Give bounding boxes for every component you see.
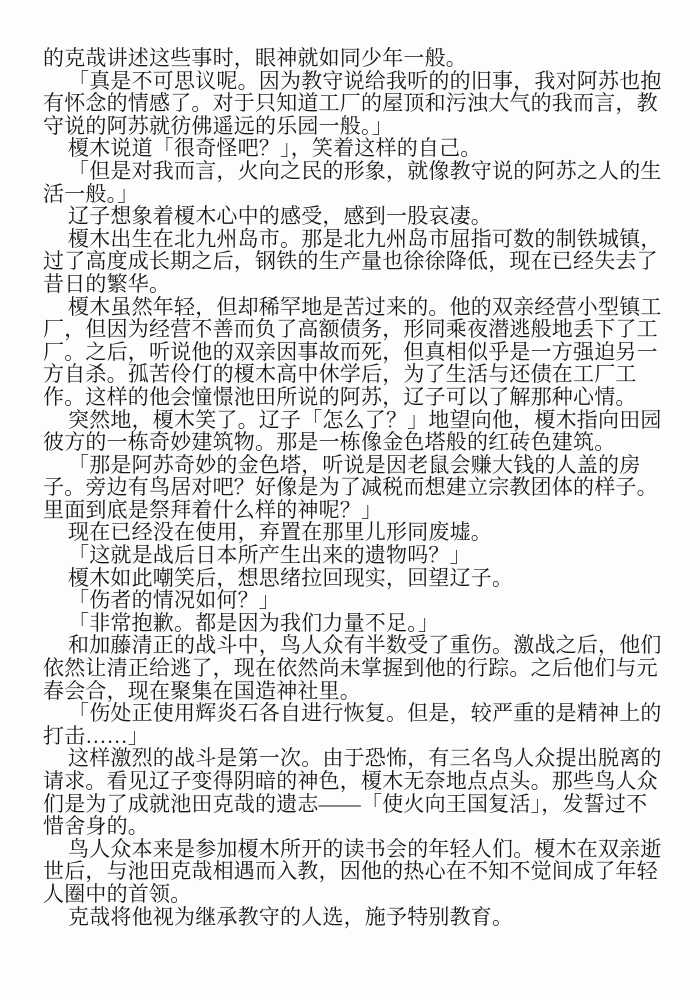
text-line: 的克哉讲述这些事时，眼神就如同少年一般。 [43, 47, 657, 70]
text-line: 「但是对我而言，火向之民的形象，就像教守说的阿苏之人的生 [43, 160, 657, 183]
text-line: 「那是阿苏奇妙的金色塔，听说是因老鼠会赚大钱的人盖的房 [43, 454, 657, 477]
text-line: 辽子想象着榎木心中的感受，感到一股哀凄。 [43, 205, 657, 228]
text-line: 打击……」 [43, 725, 657, 748]
text-line: 榎木如此嘲笑后，想思绪拉回现实，回望辽子。 [43, 567, 657, 590]
text-line: 厂，但因为经营不善而负了高额债务，形同乘夜潜逃般地丢下了工 [43, 318, 657, 341]
text-line: 「伤处正使用辉炎石各自进行恢复。但是，较严重的是精神上的 [43, 702, 657, 725]
text-line: 方自杀。孤苦伶仃的榎木高中休学后，为了生活与还债在工厂工 [43, 363, 657, 386]
text-line: 春会合，现在聚集在国造神社里。 [43, 680, 657, 703]
text-line: 这样激烈的战斗是第一次。由于恐怖，有三名鸟人众提出脱离的 [43, 747, 657, 770]
text-line: 克哉将他视为继承教守的人选，施予特别教育。 [43, 906, 657, 929]
text-line: 彼方的一栋奇妙建筑物。那是一栋像金色塔般的红砖色建筑。 [43, 431, 657, 454]
text-line: 「真是不可思议呢。因为教守说给我听的的旧事，我对阿苏也抱 [43, 70, 657, 93]
text-line: 现在已经没在使用，弃置在那里儿形同废墟。 [43, 521, 657, 544]
text-line: 人圈中的首领。 [43, 883, 657, 906]
text-line: 子。旁边有鸟居对吧？好像是为了减税而想建立宗教团体的样子。 [43, 476, 657, 499]
text-line: 世后，与池田克哉相遇而入教，因他的热心在不知不觉间成了年轻 [43, 860, 657, 883]
text-line: 「伤者的情况如何？」 [43, 589, 657, 612]
text-line: 厂。之后，听说他的双亲因事故而死，但真相似乎是一方强迫另一 [43, 341, 657, 364]
text-line: 突然地，榎木笑了。辽子「怎么了？」地望向他，榎木指向田园 [43, 409, 657, 432]
text-line: 活一般。」 [43, 183, 657, 206]
document-text-block: 的克哉讲述这些事时，眼神就如同少年一般。「真是不可思议呢。因为教守说给我听的的旧… [43, 47, 657, 928]
text-line: 里面到底是祭拜着什么样的神呢？」 [43, 499, 657, 522]
text-line: 依然让清正给逃了，现在依然尚未掌握到他的行踪。之后他们与元 [43, 657, 657, 680]
text-line: 们是为了成就池田克哉的遗志——「使火向王国复活」，发誓过不 [43, 793, 657, 816]
text-line: 「这就是战后日本所产生出来的遗物吗？」 [43, 544, 657, 567]
text-line: 过了高度成长期之后，钢铁的生产量也徐徐降低，现在已经失去了 [43, 250, 657, 273]
text-line: 榎木说道「很奇怪吧？」，笑着这样的自己。 [43, 137, 657, 160]
text-line: 昔日的繁华。 [43, 273, 657, 296]
text-line: 请求。看见辽子变得阴暗的神色，榎木无奈地点点头。那些鸟人众 [43, 770, 657, 793]
text-line: 榎木虽然年轻，但却稀罕地是苦过来的。他的双亲经营小型镇工 [43, 296, 657, 319]
text-line: 守说的阿苏就彷佛遥远的乐园一般。」 [43, 115, 657, 138]
text-line: 和加藤清正的战斗中，鸟人众有半数受了重伤。激战之后，他们 [43, 634, 657, 657]
text-line: 鸟人众本来是参加榎木所开的读书会的年轻人们。榎木在双亲逝 [43, 838, 657, 861]
document-page: 的克哉讲述这些事时，眼神就如同少年一般。「真是不可思议呢。因为教守说给我听的的旧… [0, 0, 700, 993]
text-line: 有怀念的情感了。对于只知道工厂的屋顶和污浊大气的我而言，教 [43, 92, 657, 115]
text-line: 惜舍身的。 [43, 815, 657, 838]
text-line: 作。这样的他会憧憬池田所说的阿苏，辽子可以了解那种心情。 [43, 386, 657, 409]
text-line: 榎木出生在北九州岛市。那是北九州岛市屈指可数的制铁城镇， [43, 228, 657, 251]
text-line: 「非常抱歉。都是因为我们力量不足。」 [43, 612, 657, 635]
